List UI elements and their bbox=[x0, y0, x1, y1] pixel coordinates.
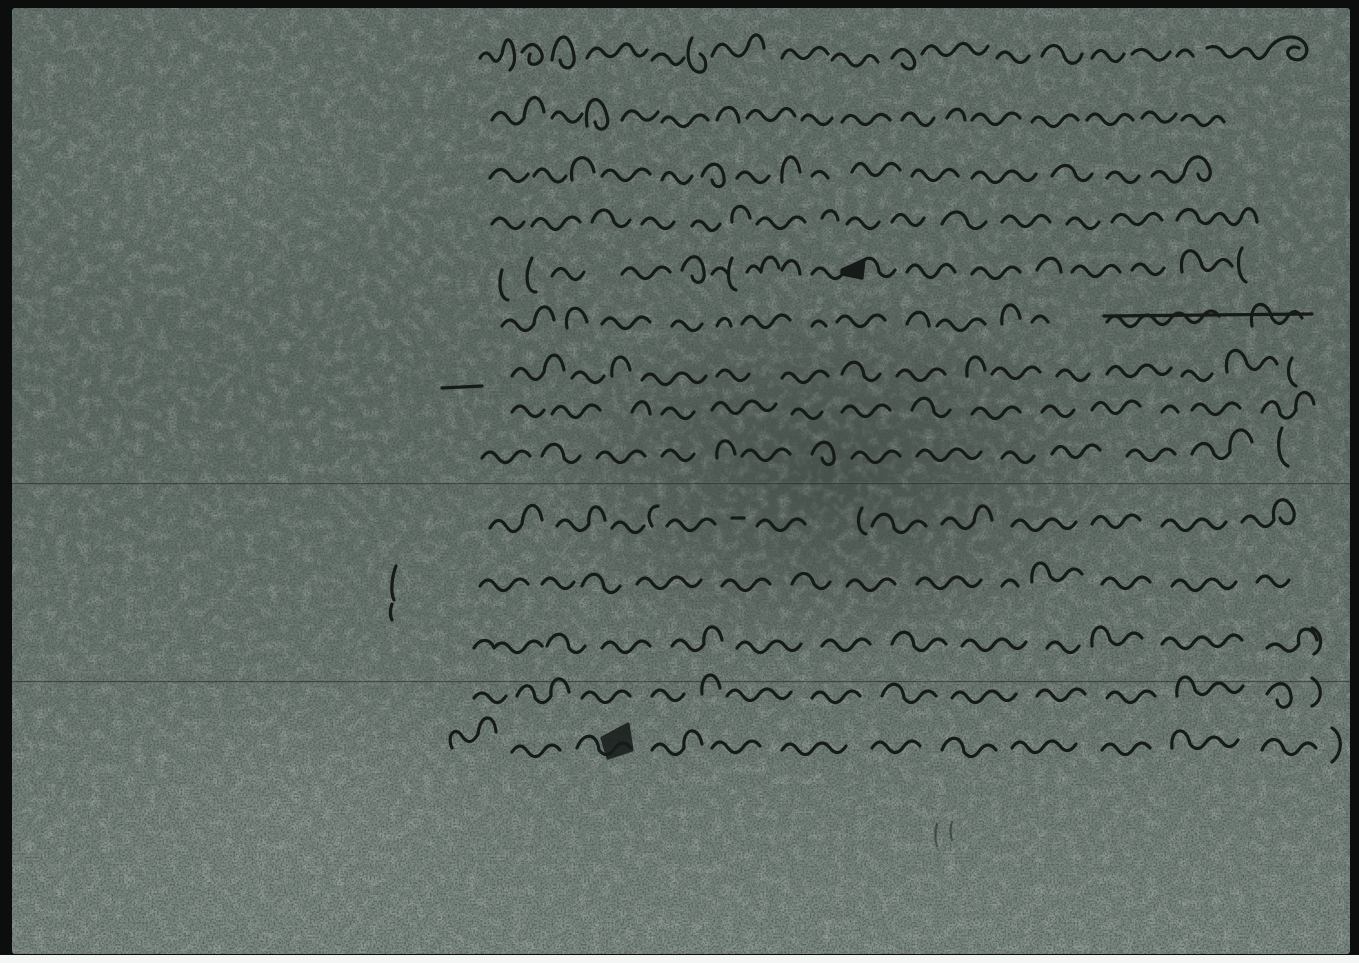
text-line-3 bbox=[490, 157, 1210, 187]
manuscript-sheet bbox=[12, 8, 1350, 954]
text-line-10 bbox=[490, 500, 1294, 534]
text-line-2 bbox=[492, 98, 1224, 130]
text-line-5 bbox=[500, 248, 1246, 300]
text-line-7 bbox=[442, 350, 1296, 388]
text-line-1 bbox=[480, 35, 1307, 72]
text-line-12 bbox=[474, 627, 1321, 654]
text-line-4 bbox=[492, 206, 1257, 230]
text-line-6 bbox=[502, 304, 1312, 330]
strikethrough-mark bbox=[1104, 314, 1312, 316]
text-line-8 bbox=[512, 393, 1314, 419]
scan-bottom-edge bbox=[0, 955, 1359, 963]
faint-marks bbox=[936, 822, 953, 846]
text-line-14 bbox=[450, 718, 1340, 762]
handwritten-text bbox=[12, 8, 1350, 954]
text-line-13 bbox=[474, 675, 1320, 707]
text-line-11 bbox=[391, 563, 1290, 620]
text-line-9 bbox=[482, 428, 1288, 466]
